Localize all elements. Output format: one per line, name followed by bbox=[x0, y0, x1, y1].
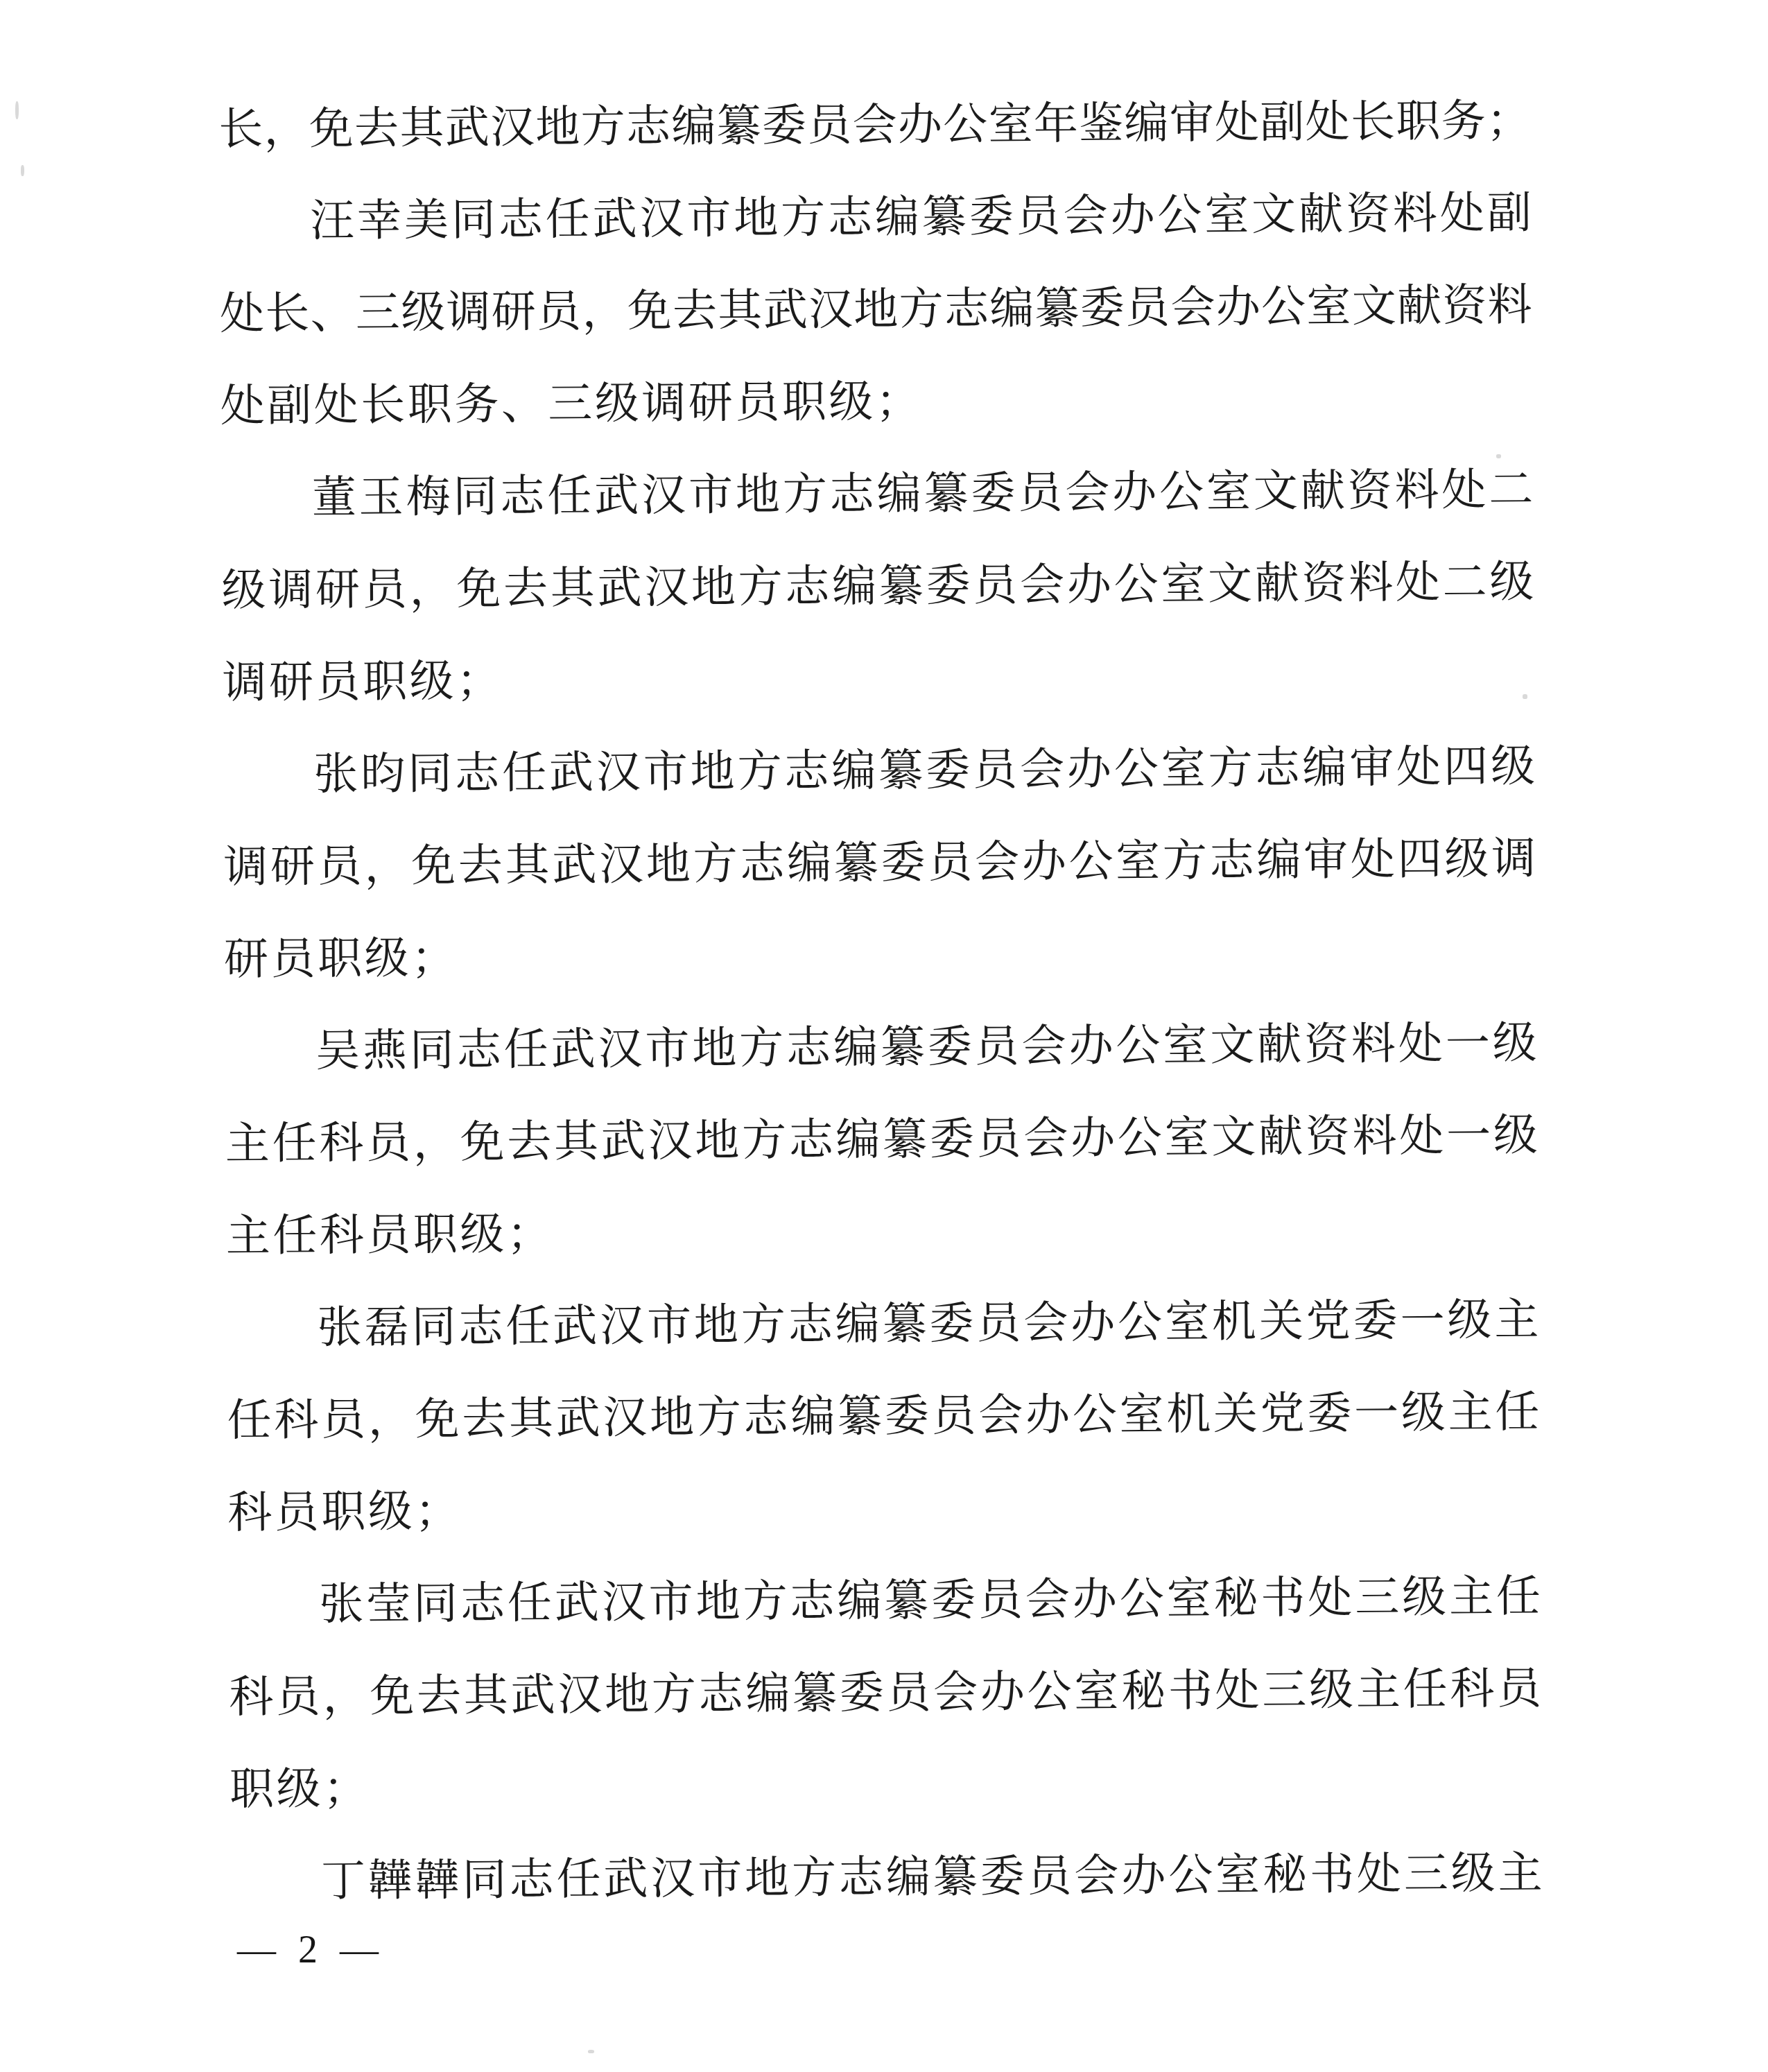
glyph: ， bbox=[582, 286, 627, 378]
glyph: 梅 bbox=[406, 472, 451, 564]
glyph: 委 bbox=[926, 745, 971, 837]
glyph: 一 bbox=[1354, 1388, 1399, 1480]
glyph: 志 bbox=[458, 1301, 503, 1393]
glyph: 地 bbox=[535, 102, 580, 194]
glyph: 处 bbox=[220, 288, 265, 381]
glyph: 员 bbox=[363, 564, 408, 656]
glyph: 献 bbox=[1397, 280, 1442, 372]
glyph: 料 bbox=[1349, 558, 1394, 650]
glyph: 方 bbox=[783, 469, 828, 561]
glyph: 委 bbox=[931, 1575, 976, 1667]
glyph: 编 bbox=[790, 1391, 835, 1483]
glyph: 公 bbox=[1113, 559, 1159, 651]
glyph: 员 bbox=[976, 1297, 1021, 1390]
glyph: 武 bbox=[592, 193, 637, 286]
glyph: 吴 bbox=[315, 1026, 361, 1118]
glyph: 去 bbox=[503, 563, 548, 655]
glyph: 书 bbox=[1310, 1849, 1355, 1941]
glyph: 调 bbox=[446, 286, 491, 379]
text-line: 调研员职级； bbox=[222, 648, 1535, 750]
text-line: 调研员，免去其武汉地方志编纂委员会办公室方志编审处四级调 bbox=[223, 833, 1536, 934]
glyph: 室 bbox=[1163, 1020, 1208, 1112]
glyph: 委 bbox=[762, 100, 807, 192]
glyph: 委 bbox=[881, 837, 926, 929]
glyph: 志 bbox=[698, 1668, 743, 1761]
glyph: 纂 bbox=[933, 1851, 978, 1944]
glyph: 志 bbox=[1255, 743, 1300, 835]
glyph: 会 bbox=[1170, 282, 1215, 374]
text-line: 张磊同志任武汉市地方志编纂委员会办公室机关党委一级主 bbox=[226, 1294, 1539, 1395]
glyph: 志 bbox=[828, 192, 873, 284]
glyph: 委 bbox=[1080, 282, 1125, 374]
glyph: 研 bbox=[492, 286, 537, 379]
glyph: 昀 bbox=[361, 748, 406, 840]
glyph: 级 bbox=[1309, 1664, 1354, 1756]
text-line: 主任科员职级； bbox=[226, 1202, 1539, 1303]
glyph: 级 bbox=[1492, 1017, 1537, 1110]
glyph: 武 bbox=[555, 1577, 600, 1669]
glyph: 志 bbox=[785, 561, 830, 653]
glyph: 文 bbox=[1210, 1019, 1255, 1112]
glyph: 会 bbox=[1025, 1574, 1071, 1666]
glyph: 公 bbox=[943, 99, 988, 191]
glyph: 员 bbox=[1497, 1663, 1542, 1755]
glyph: 汉 bbox=[603, 1392, 648, 1485]
glyph: 汉 bbox=[808, 284, 853, 377]
glyph: 任 bbox=[545, 193, 590, 286]
glyph: 其 bbox=[551, 562, 596, 655]
glyph: 公 bbox=[1027, 1666, 1072, 1759]
glyph: 级 bbox=[1450, 1848, 1496, 1940]
glyph: 处 bbox=[1215, 97, 1260, 189]
glyph: 任 bbox=[502, 748, 547, 840]
glyph: ， bbox=[368, 1394, 413, 1486]
glyph: 武 bbox=[597, 562, 642, 655]
glyph: 编 bbox=[835, 1299, 880, 1391]
glyph: 办 bbox=[1121, 1850, 1166, 1942]
glyph: 处 bbox=[1440, 188, 1485, 280]
glyph: 市 bbox=[643, 747, 688, 839]
glyph: 关 bbox=[1213, 1388, 1258, 1480]
glyph: 地 bbox=[695, 1576, 740, 1668]
glyph: 志 bbox=[500, 471, 545, 563]
glyph: 纂 bbox=[883, 1114, 928, 1206]
glyph: 方 bbox=[580, 101, 625, 193]
glyph: 董 bbox=[312, 472, 357, 564]
glyph: 汉 bbox=[641, 470, 686, 562]
glyph: 资 bbox=[1346, 189, 1391, 281]
glyph: 一 bbox=[1400, 1295, 1445, 1387]
glyph: 料 bbox=[1351, 1019, 1396, 1111]
glyph: 研 bbox=[270, 841, 315, 933]
glyph: 审 bbox=[1170, 97, 1215, 189]
glyph: 免 bbox=[411, 840, 456, 933]
glyph: 汪 bbox=[310, 196, 355, 288]
glyph: 地 bbox=[646, 839, 691, 931]
glyph: 级 bbox=[1402, 1571, 1447, 1664]
glyph: ， bbox=[364, 840, 409, 933]
glyph: 会 bbox=[1074, 1850, 1119, 1942]
glyph: 委 bbox=[971, 467, 1016, 560]
text-line: 处长、三级调研员，免去其武汉地方志编纂委员会办公室文献资料 bbox=[220, 279, 1533, 381]
glyph: 主 bbox=[1449, 1571, 1494, 1664]
glyph: 员 bbox=[928, 837, 973, 929]
glyph: 主 bbox=[1494, 1294, 1539, 1386]
glyph: 编 bbox=[989, 283, 1034, 375]
glyph: 免 bbox=[627, 286, 673, 378]
glyph: 研 bbox=[315, 564, 361, 657]
scan-speck bbox=[1523, 694, 1527, 699]
glyph: 其 bbox=[509, 1393, 554, 1485]
glyph: 机 bbox=[1166, 1389, 1211, 1481]
glyph: 方 bbox=[792, 1852, 837, 1944]
glyph: 汉 bbox=[639, 193, 684, 286]
glyph: 地 bbox=[605, 1669, 650, 1761]
glyph: 去 bbox=[462, 1393, 507, 1485]
glyph: 文 bbox=[1208, 558, 1253, 650]
glyph: 志 bbox=[509, 1854, 554, 1946]
glyph: 、 bbox=[310, 288, 355, 380]
glyph: 同 bbox=[411, 1302, 456, 1394]
text-line: 科员，免去其武汉地方志编纂委员会办公室秘书处三级主任科员 bbox=[229, 1663, 1542, 1764]
glyph: 书 bbox=[1168, 1666, 1213, 1758]
glyph: 科 bbox=[274, 1395, 319, 1487]
glyph: 室 bbox=[1204, 189, 1249, 282]
glyph: 员 bbox=[1018, 467, 1063, 560]
glyph: 委 bbox=[930, 1114, 975, 1206]
glyph: 委 bbox=[840, 1668, 885, 1760]
glyph: 秘 bbox=[1121, 1666, 1166, 1758]
glyph: 纂 bbox=[881, 1021, 926, 1114]
glyph: 武 bbox=[555, 1392, 600, 1485]
text-line: 丁韡韡同志任武汉市地方志编纂委员会办公室秘书处三级主 bbox=[230, 1847, 1543, 1949]
text-line: 张莹同志任武汉市地方志编纂委员会办公室秘书处三级主任 bbox=[228, 1571, 1541, 1672]
glyph: 室 bbox=[988, 98, 1033, 191]
glyph: 职 bbox=[1396, 96, 1441, 188]
glyph: 机 bbox=[1212, 1296, 1257, 1388]
glyph: 任 bbox=[272, 1118, 317, 1210]
text-line: 级调研员，免去其武汉地方志编纂委员会办公室文献资料处二级 bbox=[221, 556, 1534, 657]
scan-speck bbox=[15, 101, 19, 119]
glyph: 任 bbox=[1495, 1386, 1540, 1478]
glyph: 武 bbox=[552, 839, 597, 931]
glyph: 公 bbox=[1168, 1850, 1213, 1942]
glyph: 地 bbox=[650, 1392, 695, 1484]
glyph: 委 bbox=[885, 1390, 930, 1483]
glyph: 资 bbox=[1442, 280, 1487, 372]
glyph: 志 bbox=[829, 469, 874, 561]
scan-speck bbox=[588, 2050, 594, 2053]
glyph: 志 bbox=[457, 1024, 502, 1116]
glyph: 地 bbox=[745, 1853, 790, 1945]
glyph: 编 bbox=[1124, 98, 1169, 190]
glyph: 处 bbox=[1396, 557, 1441, 649]
glyph: 公 bbox=[1261, 282, 1306, 374]
glyph: 编 bbox=[833, 1022, 878, 1114]
glyph: 志 bbox=[626, 101, 671, 193]
glyph: 纂 bbox=[882, 1298, 927, 1390]
glyph: 燕 bbox=[363, 1025, 408, 1117]
glyph: 级 bbox=[1444, 834, 1489, 926]
glyph: 汉 bbox=[598, 1024, 643, 1116]
glyph: 公 bbox=[1119, 1573, 1164, 1666]
glyph: 处 bbox=[1398, 1018, 1444, 1110]
glyph: 任 bbox=[1403, 1664, 1448, 1756]
glyph: 汉 bbox=[644, 562, 689, 655]
glyph: 二 bbox=[1442, 557, 1487, 649]
glyph: 志 bbox=[784, 745, 829, 838]
glyph: 其 bbox=[399, 103, 444, 195]
glyph: 员 bbox=[276, 1671, 321, 1763]
glyph: 纂 bbox=[878, 745, 924, 837]
glyph: 免 bbox=[460, 1116, 505, 1209]
glyph: 副 bbox=[1487, 187, 1532, 279]
glyph: ， bbox=[263, 103, 309, 196]
glyph: 办 bbox=[1067, 559, 1112, 651]
glyph: 志 bbox=[743, 1392, 788, 1484]
glyph: 员 bbox=[973, 560, 1018, 652]
glyph: ， bbox=[409, 564, 454, 656]
glyph: 公 bbox=[1157, 190, 1202, 282]
glyph: 纂 bbox=[838, 1391, 883, 1483]
glyph: 幸 bbox=[357, 195, 402, 287]
glyph: 关 bbox=[1259, 1296, 1304, 1388]
glyph: 会 bbox=[1023, 1113, 1068, 1205]
glyph: 员 bbox=[318, 841, 363, 933]
glyph: ， bbox=[413, 1117, 458, 1209]
glyph: 纂 bbox=[922, 191, 967, 284]
glyph: 资 bbox=[1306, 1111, 1351, 1203]
glyph: 张 bbox=[319, 1579, 364, 1671]
glyph: 科 bbox=[319, 1118, 364, 1210]
text-line: 任科员，免去其武汉地方志编纂委员会办公室机关党委一级主任 bbox=[227, 1386, 1540, 1487]
glyph: 地 bbox=[690, 746, 735, 838]
glyph: 地 bbox=[695, 1115, 740, 1207]
glyph: 办 bbox=[1216, 282, 1261, 374]
glyph: 纂 bbox=[924, 468, 969, 560]
glyph: 室 bbox=[1161, 559, 1206, 651]
text-line: 处副处长职务、三级调研员职级； bbox=[220, 372, 1534, 473]
glyph: 长 bbox=[1351, 96, 1396, 189]
glyph: 委 bbox=[929, 1298, 974, 1390]
glyph: 审 bbox=[1303, 834, 1349, 926]
glyph: 任 bbox=[1496, 1571, 1541, 1663]
glyph: 志 bbox=[788, 1299, 833, 1391]
glyph: 去 bbox=[417, 1670, 462, 1763]
glyph: 员 bbox=[886, 1667, 931, 1759]
glyph: 献 bbox=[1255, 558, 1300, 650]
glyph: 科 bbox=[229, 1672, 274, 1764]
glyph: 办 bbox=[898, 99, 943, 191]
glyph: 室 bbox=[1215, 1849, 1260, 1942]
glyph: 三 bbox=[1404, 1848, 1449, 1940]
glyph: 会 bbox=[1020, 744, 1065, 836]
glyph: 编 bbox=[745, 1668, 790, 1761]
text-line: 汪幸美同志任武汉市地方志编纂委员会办公室文献资料处副 bbox=[219, 187, 1532, 288]
glyph: 纂 bbox=[884, 1575, 929, 1667]
glyph: 市 bbox=[686, 193, 731, 285]
glyph: 市 bbox=[697, 1853, 743, 1945]
glyph: 员 bbox=[931, 1390, 976, 1483]
glyph: 处 bbox=[1396, 741, 1441, 834]
glyph: 室 bbox=[1164, 1112, 1209, 1205]
glyph: 汉 bbox=[596, 747, 641, 839]
glyph: 级 bbox=[1401, 1387, 1446, 1479]
glyph: 同 bbox=[408, 748, 453, 840]
glyph: 会 bbox=[1020, 560, 1065, 652]
glyph: 去 bbox=[458, 840, 503, 932]
glyph: 办 bbox=[980, 1666, 1025, 1759]
glyph: 鉴 bbox=[1079, 98, 1124, 190]
glyph: 同 bbox=[413, 1578, 458, 1670]
glyph: ； bbox=[1487, 95, 1532, 187]
glyph: 公 bbox=[1159, 467, 1204, 559]
glyph: 室 bbox=[1074, 1666, 1119, 1758]
glyph: 主 bbox=[1448, 1387, 1493, 1479]
glyph: 编 bbox=[1256, 835, 1301, 927]
glyph: 主 bbox=[225, 1119, 270, 1211]
glyph: 任 bbox=[503, 1024, 548, 1116]
glyph: 公 bbox=[1116, 1020, 1161, 1112]
glyph: 办 bbox=[1068, 1020, 1113, 1112]
glyph: 其 bbox=[464, 1670, 509, 1762]
glyph: 韡 bbox=[415, 1855, 460, 1947]
glyph: 员 bbox=[974, 1021, 1019, 1113]
glyph: 会 bbox=[1063, 190, 1108, 282]
glyph: 主 bbox=[1498, 1847, 1543, 1940]
glyph: 方 bbox=[742, 1115, 787, 1207]
glyph: 室 bbox=[1306, 281, 1351, 373]
glyph: 室 bbox=[1119, 1389, 1164, 1481]
glyph: 处 bbox=[1215, 1665, 1260, 1757]
glyph: 二 bbox=[1489, 464, 1534, 556]
glyph: 三 bbox=[356, 287, 401, 379]
glyph: 方 bbox=[697, 1392, 742, 1484]
text-line: 张昀同志任武汉市地方志编纂委员会办公室方志编审处四级 bbox=[223, 741, 1536, 842]
glyph: 处 bbox=[1441, 465, 1487, 557]
glyph: 室 bbox=[1116, 836, 1161, 928]
glyph: 四 bbox=[1444, 741, 1489, 834]
glyph: 一 bbox=[1446, 1110, 1491, 1202]
glyph: 资 bbox=[1304, 1019, 1349, 1111]
glyph: 武 bbox=[551, 1024, 596, 1116]
glyph: 调 bbox=[223, 842, 268, 934]
glyph: 公 bbox=[1068, 836, 1113, 928]
glyph: 员 bbox=[321, 1395, 366, 1487]
glyph: 志 bbox=[455, 748, 500, 840]
glyph: 编 bbox=[671, 101, 716, 193]
glyph: 级 bbox=[1447, 1295, 1492, 1387]
glyph: 方 bbox=[743, 1576, 788, 1668]
glyph: 汉 bbox=[648, 1116, 693, 1208]
glyph: 文 bbox=[1211, 1112, 1256, 1204]
glyph: 去 bbox=[507, 1116, 552, 1209]
glyph: 调 bbox=[1491, 833, 1536, 925]
glyph: 张 bbox=[317, 1302, 362, 1395]
glyph: 四 bbox=[1397, 834, 1442, 926]
glyph: 方 bbox=[1163, 836, 1208, 928]
glyph: 任 bbox=[547, 470, 592, 562]
glyph: 志 bbox=[790, 1575, 835, 1668]
glyph: 献 bbox=[1257, 1019, 1302, 1112]
glyph: 方 bbox=[693, 838, 738, 931]
glyph: 美 bbox=[404, 195, 449, 287]
glyph: 同 bbox=[462, 1854, 507, 1946]
glyph: 员 bbox=[978, 1574, 1023, 1666]
glyph: 同 bbox=[410, 1025, 455, 1117]
glyph: 会 bbox=[933, 1667, 978, 1759]
glyph: 纂 bbox=[716, 101, 761, 193]
glyph: 秘 bbox=[1263, 1849, 1308, 1942]
glyph: 委 bbox=[926, 560, 971, 653]
glyph: 志 bbox=[498, 194, 543, 286]
glyph: 方 bbox=[781, 192, 826, 284]
glyph: 委 bbox=[1353, 1295, 1398, 1388]
glyph: 任 bbox=[505, 1301, 551, 1393]
glyph: 张 bbox=[313, 749, 358, 841]
text-line: 吴燕同志任武汉市地方志编纂委员会办公室文献资料处一级 bbox=[225, 1017, 1538, 1119]
glyph: 志 bbox=[788, 1114, 833, 1207]
scan-speck bbox=[21, 165, 24, 176]
glyph: 武 bbox=[445, 102, 490, 194]
glyph: 莹 bbox=[366, 1578, 411, 1670]
page-number: — 2 — bbox=[237, 1928, 385, 1972]
glyph: 武 bbox=[603, 1854, 648, 1946]
glyph: 同 bbox=[453, 471, 498, 563]
glyph: 一 bbox=[1446, 1018, 1491, 1110]
glyph: 志 bbox=[944, 284, 989, 376]
glyph: 会 bbox=[978, 1390, 1023, 1482]
glyph: 会 bbox=[1023, 1297, 1068, 1390]
glyph: 党 bbox=[1260, 1388, 1305, 1480]
glyph: 员 bbox=[973, 744, 1018, 836]
glyph: 公 bbox=[1073, 1389, 1118, 1481]
text-line: 长，免去其武汉地方志编纂委员会办公室年鉴编审处副处长职务； bbox=[218, 95, 1532, 196]
glyph: 委 bbox=[980, 1851, 1025, 1943]
glyph: 主 bbox=[1356, 1664, 1401, 1756]
glyph: 处 bbox=[1308, 1572, 1353, 1664]
glyph: 汉 bbox=[490, 102, 535, 194]
glyph: 文 bbox=[1251, 189, 1297, 282]
glyph: 处 bbox=[1305, 96, 1350, 189]
glyph: 室 bbox=[1161, 743, 1206, 836]
glyph: 员 bbox=[366, 1117, 411, 1209]
glyph: 武 bbox=[601, 1116, 646, 1208]
glyph: 级 bbox=[401, 287, 446, 379]
glyph: 办 bbox=[1071, 1297, 1116, 1389]
glyph: 市 bbox=[648, 1577, 693, 1669]
glyph: 编 bbox=[876, 468, 921, 560]
glyph: 方 bbox=[652, 1668, 697, 1761]
glyph: 料 bbox=[1393, 188, 1438, 280]
glyph: 去 bbox=[673, 285, 718, 377]
glyph: 员 bbox=[1125, 282, 1170, 374]
glyph: 级 bbox=[221, 565, 266, 657]
glyph: 地 bbox=[694, 1300, 739, 1392]
glyph: 方 bbox=[1208, 743, 1253, 835]
glyph: 方 bbox=[899, 284, 944, 376]
glyph: 文 bbox=[1254, 466, 1299, 558]
glyph: 公 bbox=[1114, 743, 1159, 836]
glyph: 审 bbox=[1349, 742, 1394, 834]
glyph: 同 bbox=[451, 194, 496, 286]
glyph: 会 bbox=[1021, 1021, 1066, 1113]
glyph: 其 bbox=[718, 285, 763, 377]
glyph: 武 bbox=[594, 470, 639, 562]
glyph: 编 bbox=[886, 1851, 931, 1944]
glyph: 料 bbox=[1352, 1111, 1397, 1203]
text-line: 董玉梅同志任武汉市地方志编纂委员会办公室文献资料处二 bbox=[221, 464, 1534, 565]
